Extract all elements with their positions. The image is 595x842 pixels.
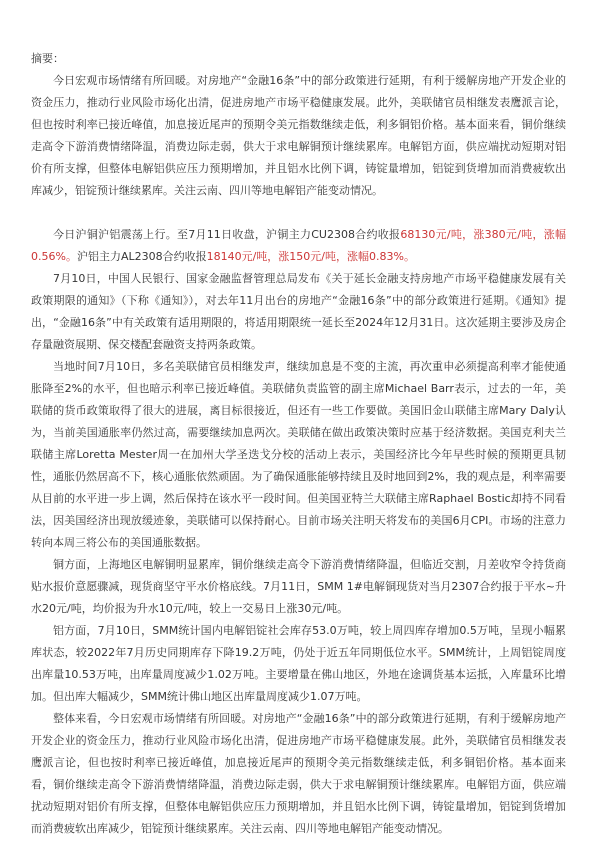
paragraph-policy-extension: 7月10日，中国人民银行、国家金融监督管理总局发布《关于延长金融支持房地产市场平… [31, 268, 566, 356]
price-change-highlight: 18140元/吨，涨150元/吨，涨幅0.83%。 [207, 250, 415, 263]
abstract-label: 摘要： [31, 48, 566, 70]
paragraph-market-close: 今日沪铜沪铝震荡上行。至7月11日收盘，沪铜主力CU2308合约收报68130元… [31, 224, 566, 268]
paragraph-aluminum: 铝方面，7月10日，SMM统计国内电解铝锭社会库存53.0万吨，较上周四库存增加… [31, 620, 566, 708]
paragraph-copper: 铜方面，上海地区电解铜明显累库，铜价继续走高令下游消费情绪降温，但临近交割，月差… [31, 554, 566, 620]
text-run: 沪铝主力AL2308合约收报 [77, 250, 207, 263]
paragraph-fed-comments: 当地时间7月10日，多名美联储官员相继发声，继续加息是不变的主流，再次重申必须提… [31, 356, 566, 554]
paragraph-summary: 今日宏观市场情绪有所回暖。对房地产“金融16条”中的部分政策进行延期，有利于缓解… [31, 70, 566, 202]
document-page: 摘要： 今日宏观市场情绪有所回暖。对房地产“金融16条”中的部分政策进行延期，有… [0, 0, 595, 842]
paragraph-overall: 整体来看，今日宏观市场情绪有所回暖。对房地产“金融16条”中的部分政策进行延期，… [31, 708, 566, 840]
text-run: 今日沪铜沪铝震荡上行。至7月11日收盘，沪铜主力CU2308合约收报 [53, 228, 400, 241]
